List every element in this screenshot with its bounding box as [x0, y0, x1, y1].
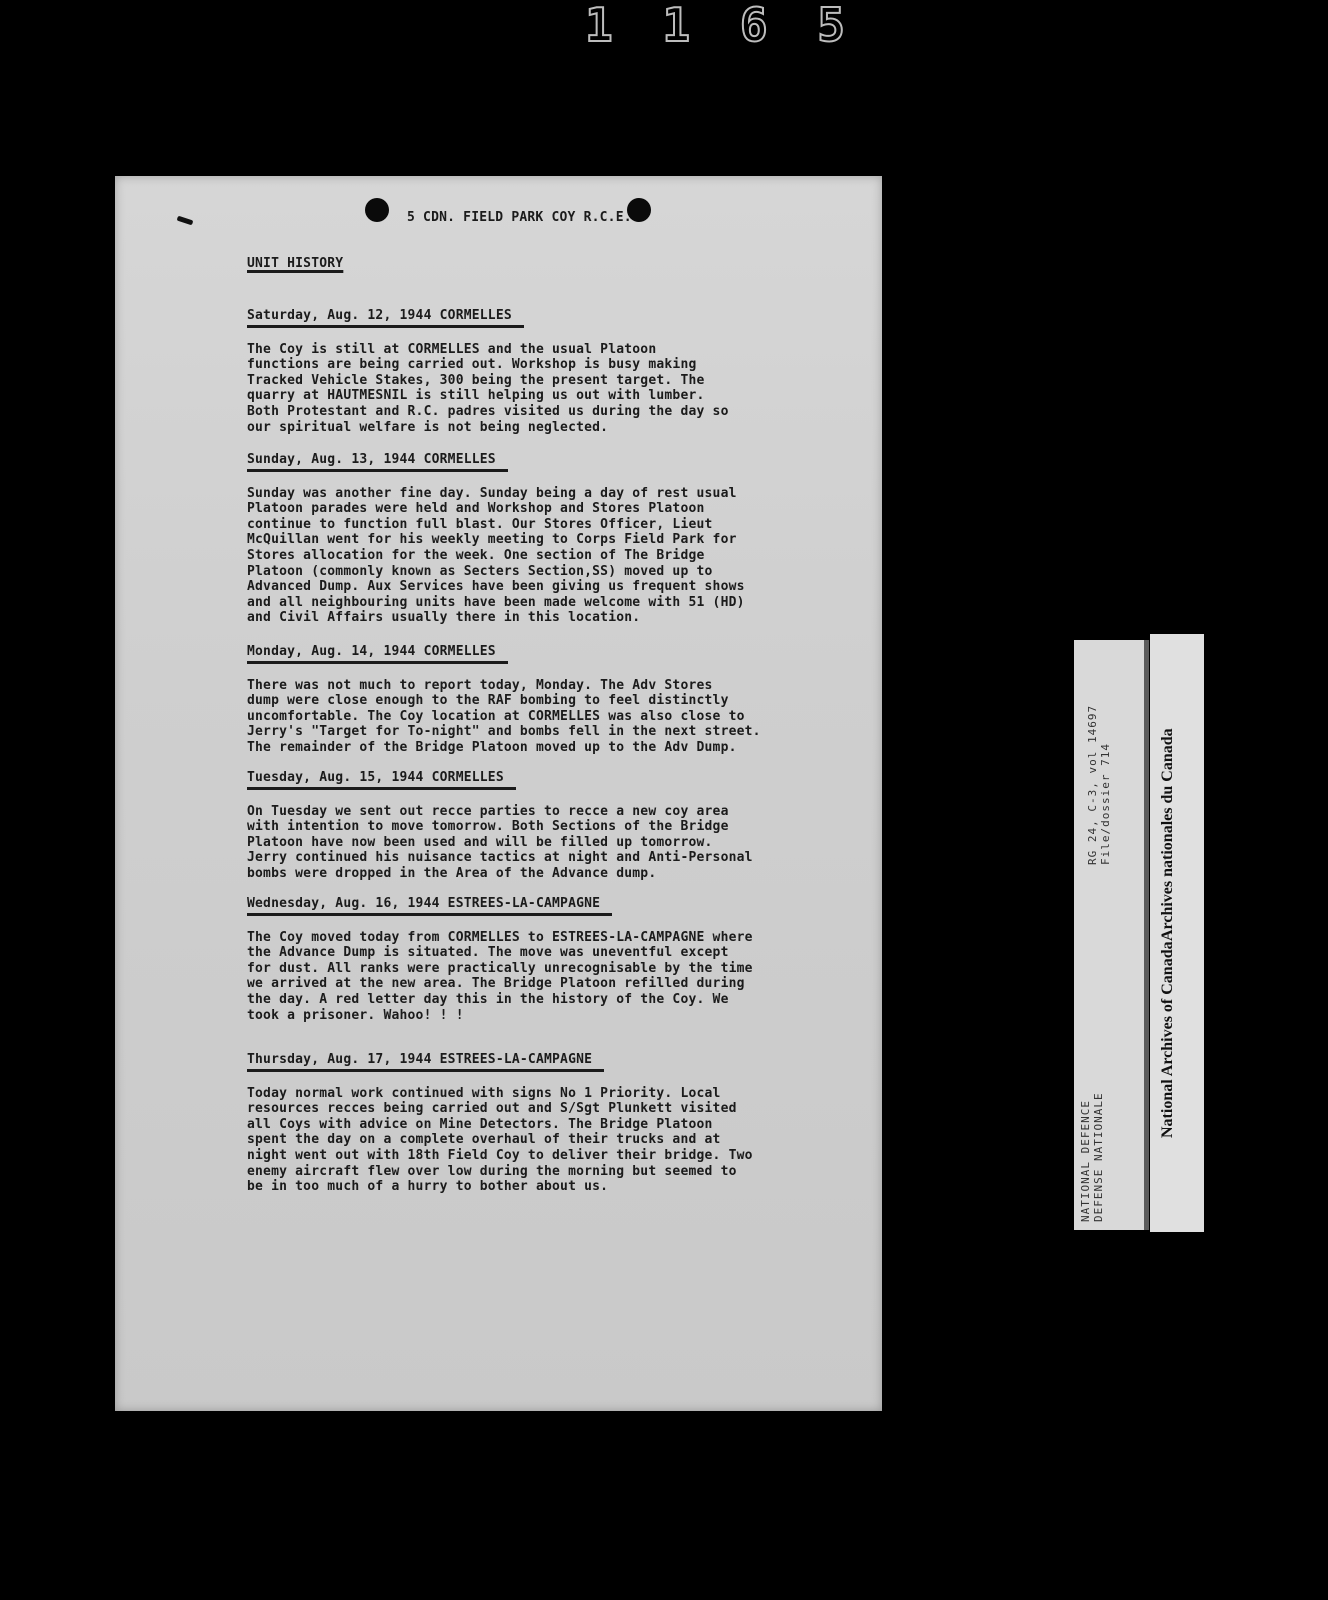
- diary-entry: Wednesday, Aug. 16, 1944 ESTREES-LA-CAMP…: [247, 896, 867, 1023]
- unit-header: 5 CDN. FIELD PARK COY R.C.E.: [407, 210, 632, 226]
- archive-name-fr: Archives nationales du Canada: [1158, 728, 1202, 941]
- archive-name-card: National Archives of Canada Archives nat…: [1150, 634, 1204, 1232]
- diary-entry: Tuesday, Aug. 15, 1944 CORMELLES On Tues…: [247, 770, 867, 882]
- entry-body: Sunday was another fine day. Sunday bein…: [247, 486, 867, 626]
- document-page: 5 CDN. FIELD PARK COY R.C.E. UNIT HISTOR…: [115, 176, 882, 1411]
- entry-heading: Tuesday, Aug. 15, 1944 CORMELLES: [247, 770, 516, 790]
- entry-heading: Sunday, Aug. 13, 1944 CORMELLES: [247, 452, 508, 472]
- entry-body: Today normal work continued with signs N…: [247, 1086, 867, 1195]
- diary-entry: Thursday, Aug. 17, 1944 ESTREES-LA-CAMPA…: [247, 1052, 867, 1195]
- reference-line: RG 24, C-3, vol 14697: [1086, 655, 1099, 865]
- frame-digit: 6: [740, 2, 768, 48]
- entry-body: The Coy moved today from CORMELLES to ES…: [247, 930, 867, 1024]
- frame-digit: 5: [817, 2, 845, 48]
- frame-digit: 1: [662, 2, 690, 48]
- entry-body: The Coy is still at CORMELLES and the us…: [247, 342, 867, 436]
- punch-hole-icon: [365, 198, 389, 222]
- archive-names: National Archives of Canada Archives nat…: [1158, 634, 1202, 1232]
- entry-heading: Saturday, Aug. 12, 1944 CORMELLES: [247, 308, 524, 328]
- diary-entry: Sunday, Aug. 13, 1944 CORMELLES Sunday w…: [247, 452, 867, 626]
- diary-entry: Saturday, Aug. 12, 1944 CORMELLES The Co…: [247, 308, 867, 435]
- entry-heading: Thursday, Aug. 17, 1944 ESTREES-LA-CAMPA…: [247, 1052, 604, 1072]
- archive-reference: RG 24, C-3, vol 14697 File/dossier 714: [1086, 655, 1112, 865]
- page-title: UNIT HISTORY: [247, 256, 343, 272]
- entry-body: On Tuesday we sent out recce parties to …: [247, 804, 867, 882]
- entry-heading: Monday, Aug. 14, 1944 CORMELLES: [247, 644, 508, 664]
- entry-heading: Wednesday, Aug. 16, 1944 ESTREES-LA-CAMP…: [247, 896, 612, 916]
- archive-name-en: National Archives of Canada: [1158, 941, 1202, 1138]
- entry-body: There was not much to report today, Mond…: [247, 678, 867, 756]
- department-label: NATIONAL DEFENCE DEFENSE NATIONALE: [1079, 972, 1105, 1222]
- ink-mark: [177, 216, 194, 226]
- department-line: DEFENSE NATIONALE: [1092, 972, 1105, 1222]
- department-line: NATIONAL DEFENCE: [1079, 972, 1092, 1222]
- frame-digit: 1: [585, 2, 613, 48]
- archive-reference-strip: RG 24, C-3, vol 14697 File/dossier 714 N…: [1074, 640, 1149, 1230]
- diary-entry: Monday, Aug. 14, 1944 CORMELLES There wa…: [247, 644, 867, 756]
- reference-line: File/dossier 714: [1099, 655, 1112, 865]
- microfilm-frame-number: 1 1 6 5: [585, 2, 845, 47]
